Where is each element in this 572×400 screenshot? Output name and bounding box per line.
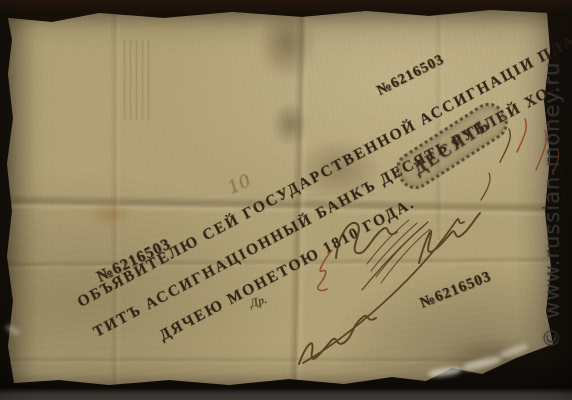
- handwritten-signatures: [0, 0, 572, 400]
- site-watermark: © www.russian-money.ru: [540, 45, 566, 365]
- banknote-photo: ОБЪЯВИТЕЛЮ СЕЙ ГОСУДАРСТВЕННОЙ АССИГНАЦІ…: [0, 0, 572, 400]
